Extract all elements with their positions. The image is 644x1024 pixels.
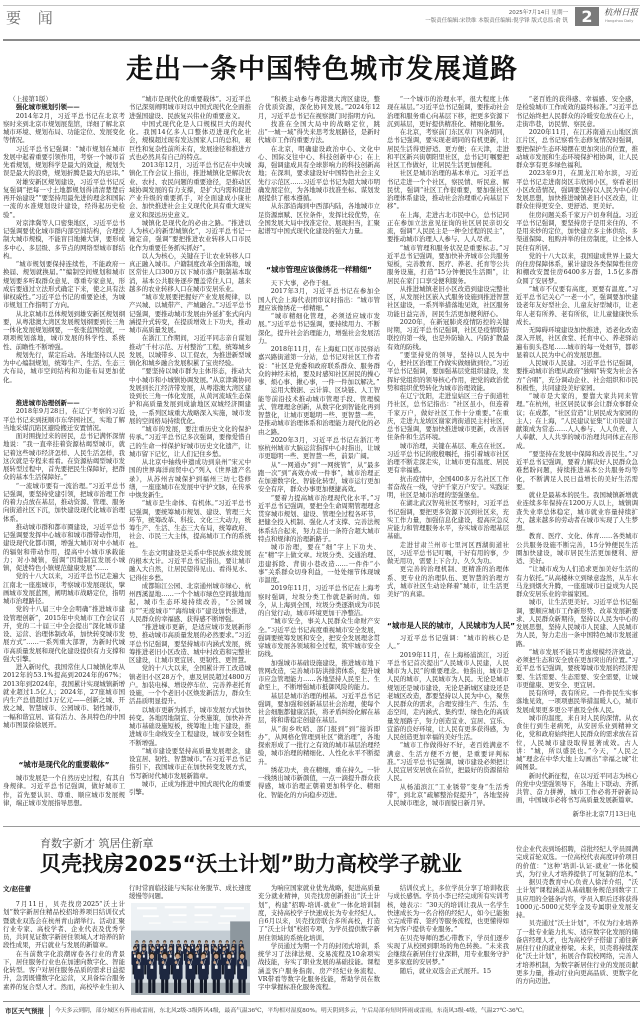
- weather-label: 市区天气预报: [5, 1006, 44, 1016]
- feature-column-d-text: 结训仪式上，多位学员分享了培训收获与成长感悟。学员小李已经完成所有实训考核，她表…: [387, 884, 509, 1000]
- paragraph: 在贝壳导师的悉心带教下，学员们逐步实现了从校园到职场的角色转换。“未来我会继续在…: [387, 934, 509, 967]
- feature-column-e: 位企业代表到场招聘，首批经纪人学员圆满完成首轮双选。一位高校代表高度评价项目的价…: [516, 0, 638, 1024]
- feature-column-a-text: 7月11日，贝壳找房2025“沃土计划”数字新居住精品校招培养项目结训仪式暨就业…: [3, 900, 125, 999]
- feature-column-e-text: 位企业代表到场招聘，首批经纪人学员圆满完成首轮双选。一位高校代表高度评价项目的价…: [516, 845, 638, 994]
- paragraph: 贝壳通过“沃土计划”，不仅为行业培养了一批专业能力扎实、适应数字化发展的储备店经…: [516, 919, 638, 985]
- footer-divider: [49, 1005, 50, 1017]
- paragraph: 据贝壳教育中心负责人徐洋介绍，“沃土计划”课程涵盖从基础服务规范到数字工具应用的…: [516, 878, 638, 919]
- paragraph: 在当前数字化浪潮席卷各行业的背景下，居住服务行业也在加速向数字化、智能化转型。客…: [3, 950, 125, 991]
- feature-column-b-text: 行时常面临技能与实际业务脱节、成长速度缓慢等问题。: [129, 884, 251, 901]
- feature-column-d: 结训仪式上，多位学员分享了培训收获与成长感悟。学员小李已经完成所有实训考核，她表…: [387, 0, 509, 1024]
- feature-column-c-text: 为响应国家就业优先战略，促进高质量充分就业精神，贝壳找房创新推出“沃土计划”，构…: [258, 884, 380, 1000]
- weather-forecast: 今天多云到阴，部分城区有阵雨或雷雨，东北风2级-3级阵风4级，最高气温36℃，平…: [55, 1006, 640, 1016]
- paragraph: 7月11日，贝壳找房2025“沃土计划”数字新居住精品校招培养项目结训仪式暨就业…: [3, 900, 125, 950]
- feature-column-a: 7月11日，贝壳找房2025“沃土计划”数字新居住精品校招培养项目结训仪式暨就业…: [3, 0, 125, 1024]
- paragraph-continued: 位企业代表到场招聘，首批经纪人学员圆满完成首轮双选。一位高校代表高度评价项目的价…: [516, 845, 638, 878]
- feature-column-c: 为响应国家就业优先战略，促进高质量充分就业精神，贝壳找房创新推出“沃土计划”，构…: [258, 0, 380, 1024]
- paragraph: 结训仪式上，多位学员分享了培训收获与成长感悟。学员小李已经完成所有实训考核，她表…: [387, 884, 509, 934]
- feature-column-b: 行时常面临技能与实际业务脱节、成长速度缓慢等问题。: [129, 0, 251, 1024]
- trainees-group-photo: [131, 903, 250, 995]
- paragraph-continued: 行时常面临技能与实际业务脱节、成长速度缓慢等问题。: [129, 884, 251, 901]
- paragraph: 学员通过为期一个月的封闭式培训，系统学习了法律法规、交易流程及10余项实战技能，…: [258, 942, 380, 992]
- paragraph: 为响应国家就业优先战略，促进高质量充分就业精神，贝壳找房创新推出“沃土计划”，构…: [258, 884, 380, 942]
- footer-rule: [3, 1001, 640, 1002]
- paragraph: 随后，就业双选会正式展开。15: [387, 967, 509, 975]
